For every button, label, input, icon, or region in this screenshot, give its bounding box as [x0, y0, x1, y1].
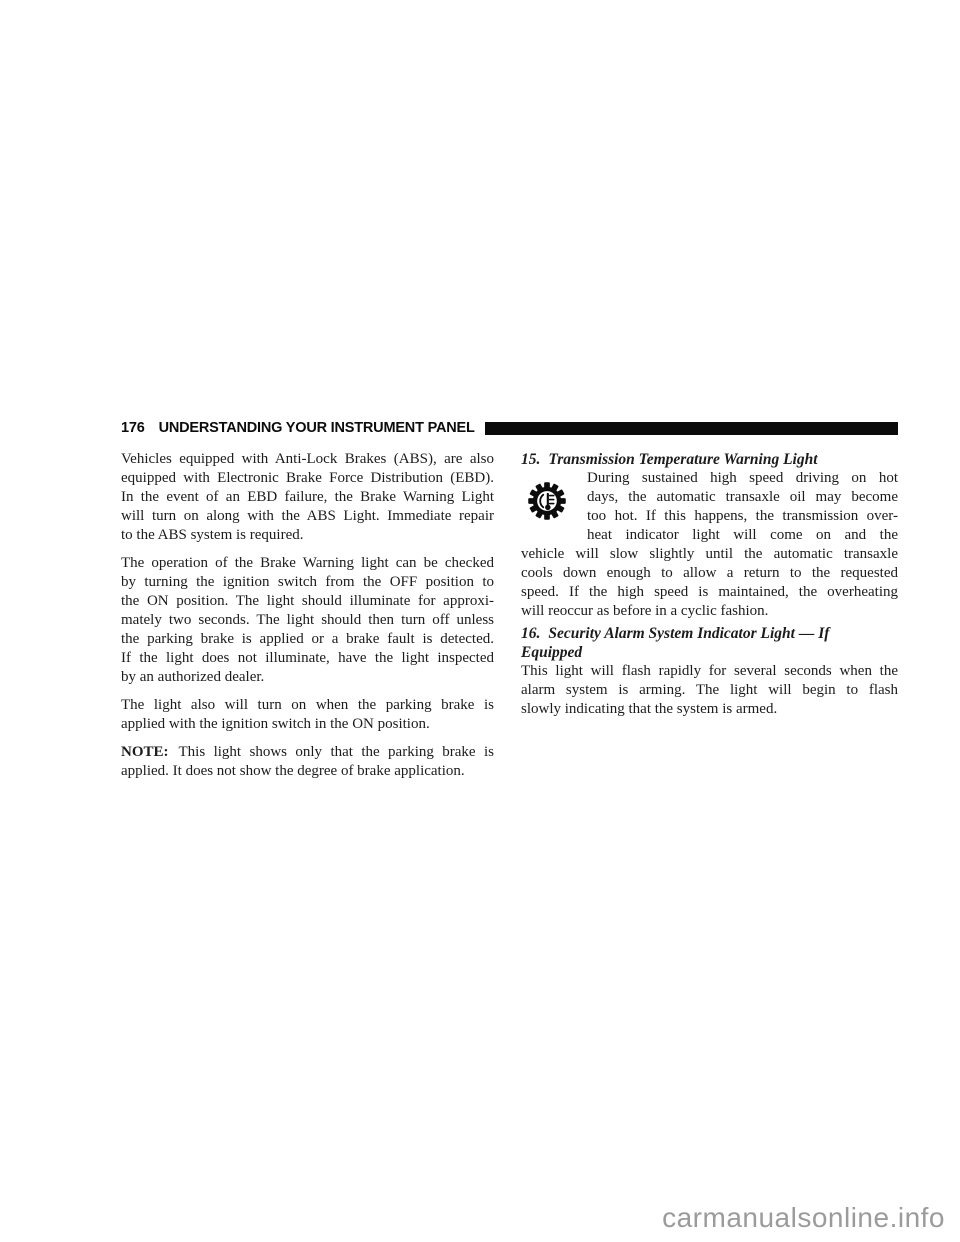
header-rule-bar — [485, 422, 898, 435]
text-line: heat indicator light will come on and th… — [587, 526, 898, 545]
section-16-heading-line-1: 16.Security Alarm System Indicator Light… — [521, 624, 898, 643]
text-line: vehicle will slow slightly until the aut… — [521, 545, 898, 564]
section-15-body-text: vehicle will slow slightly until the aut… — [521, 545, 898, 621]
left-column: Vehicles equipped with Anti-Lock Brakes … — [121, 450, 494, 790]
text-line: The light also will turn on when the par… — [121, 696, 494, 715]
text-line: If the light does not illuminate, have t… — [121, 649, 494, 668]
section-15-indented-text: During sustained high speed driving on h… — [587, 469, 898, 545]
note-paragraph: NOTE:This light shows only that the park… — [121, 743, 494, 781]
section-16-number: 16. — [521, 625, 540, 642]
transmission-temperature-warning-icon — [521, 469, 587, 545]
section-15-heading: 15.Transmission Temperature Warning Ligh… — [521, 450, 898, 469]
text-line: The operation of the Brake Warning light… — [121, 554, 494, 573]
text-line: days, the automatic transaxle oil may be… — [587, 488, 898, 507]
text-line: the parking brake is applied or a brake … — [121, 630, 494, 649]
text-line: speed. If the high speed is maintained, … — [521, 583, 898, 602]
text-line: NOTE:This light shows only that the park… — [121, 743, 494, 762]
section-15-icon-row: During sustained high speed driving on h… — [521, 469, 898, 545]
text-line: applied. It does not show the degree of … — [121, 762, 494, 781]
section-16: 16.Security Alarm System Indicator Light… — [521, 624, 898, 719]
text-line: by turning the ignition switch from the … — [121, 573, 494, 592]
section-15-number: 15. — [521, 451, 540, 468]
note-text: This light shows only that the parking b… — [179, 744, 494, 760]
text-line: cools down enough to allow a return to t… — [521, 564, 898, 583]
text-line: alarm system is arming. The light will b… — [521, 681, 898, 700]
text-line: slowly indicating that the system is arm… — [521, 700, 898, 719]
section-16-body-text: This light will flash rapidly for severa… — [521, 662, 898, 719]
text-line: equipped with Electronic Brake Force Dis… — [121, 469, 494, 488]
text-line: Vehicles equipped with Anti-Lock Brakes … — [121, 450, 494, 469]
page-header: 176 UNDERSTANDING YOUR INSTRUMENT PANEL — [121, 420, 898, 436]
note-label: NOTE: — [121, 744, 169, 760]
text-line: will turn on along with the ABS Light. I… — [121, 507, 494, 526]
text-line: applied with the ignition switch in the … — [121, 715, 494, 734]
text-line: will reoccur as before in a cyclic fashi… — [521, 602, 898, 621]
paragraph-parking-brake: The light also will turn on when the par… — [121, 696, 494, 734]
section-16-heading-line-2: Equipped — [521, 643, 898, 662]
paragraph-brake-warning-check: The operation of the Brake Warning light… — [121, 554, 494, 687]
section-16-title: Security Alarm System Indicator Light — … — [548, 625, 829, 642]
site-watermark: carmanualsonline.info — [662, 1202, 945, 1234]
text-line: mately two seconds. The light should the… — [121, 611, 494, 630]
text-line: In the event of an EBD failure, the Brak… — [121, 488, 494, 507]
chapter-title: UNDERSTANDING YOUR INSTRUMENT PANEL — [159, 420, 475, 436]
paragraph-abs-ebd: Vehicles equipped with Anti-Lock Brakes … — [121, 450, 494, 545]
manual-page: 176 UNDERSTANDING YOUR INSTRUMENT PANEL … — [0, 0, 960, 1242]
text-line: to the ABS system is required. — [121, 526, 494, 545]
right-column: 15.Transmission Temperature Warning Ligh… — [521, 450, 898, 719]
page-number: 176 — [121, 420, 145, 436]
text-line: This light will flash rapidly for severa… — [521, 662, 898, 681]
text-line: by an authorized dealer. — [121, 668, 494, 687]
section-15-title: Transmission Temperature Warning Light — [548, 451, 817, 468]
text-line: During sustained high speed driving on h… — [587, 469, 898, 488]
text-line: too hot. If this happens, the transmissi… — [587, 507, 898, 526]
text-line: the ON position. The light should illumi… — [121, 592, 494, 611]
